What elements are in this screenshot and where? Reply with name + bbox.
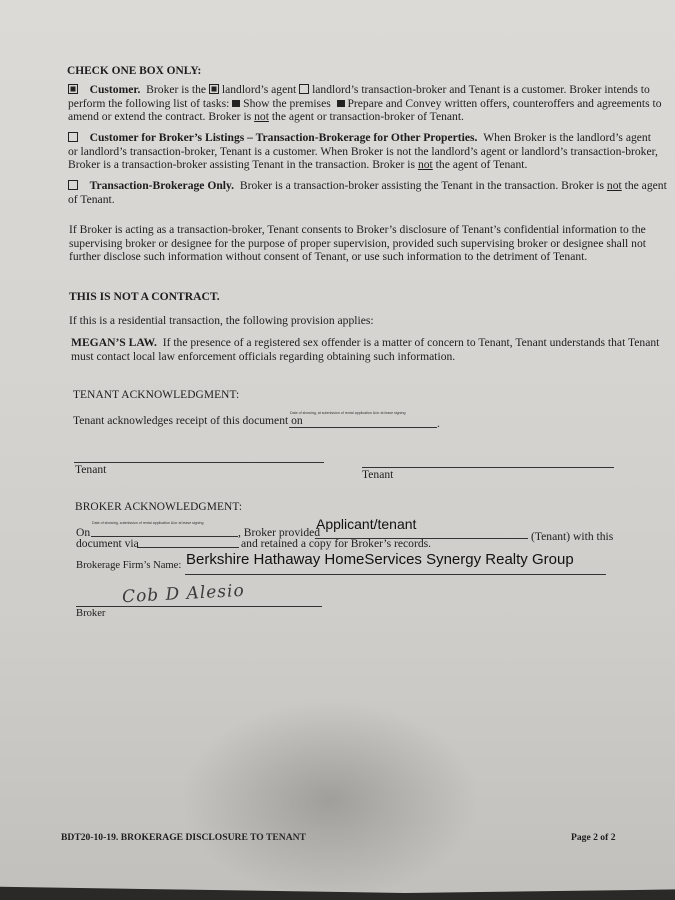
tenant-name-value: Applicant/tenant [316,516,416,532]
option-customer: Customer. Broker is the landlord’s agent… [68,83,658,124]
document-via-field[interactable] [137,547,239,548]
option-customer-listings-title: Customer for Broker’s Listings – Transac… [90,131,478,144]
tenant-signature-label-1: Tenant [75,463,106,477]
megans-law-paragraph: MEGAN’S LAW. If the presence of a regist… [71,336,661,363]
megans-law-title: MEGAN’S LAW. [71,336,157,349]
retained-copy-text: and retained a copy for Broker’s records… [241,537,431,551]
landlords-transaction-broker-checkbox[interactable] [299,84,309,94]
megans-law-line2: must contact local law enforcement offic… [71,350,661,364]
task-show-premises-checkbox[interactable] [232,100,240,107]
confidential-line: supervising broker or designee for the p… [69,237,659,251]
broker-signature: Cob D Alesio [122,581,246,607]
confidential-info-paragraph: If Broker is acting as a transaction-bro… [69,223,659,264]
footer-form-id: BDT20-10-19. BROKERAGE DISCLOSURE TO TEN… [61,832,306,843]
broker-signature-line[interactable] [76,606,322,607]
tenant-signature-line-1[interactable] [74,462,324,463]
task-show-premises-label: Show the premises [243,97,331,110]
residential-provision: If this is a residential transaction, th… [69,314,374,328]
option-transaction-brokerage: Transaction-Brokerage Only. Broker is a … [68,179,658,206]
tenant-signature-line-2[interactable] [362,467,614,468]
confidential-line: further disclose such information withou… [69,250,659,264]
brokerage-firm-value: Berkshire Hathaway HomeServices Synergy … [186,551,574,568]
option-transaction-brokerage-text: Broker is a transaction-broker assisting… [240,179,604,192]
option-transaction-brokerage-line2: of Tenant. [68,193,658,207]
document-via-label: document via [76,537,139,551]
landlords-transaction-broker-label: landlord’s transaction-broker and Tenant… [312,83,650,96]
task-prepare-offers-checkbox[interactable] [337,100,345,107]
tenant-ack-heading: TENANT ACKNOWLEDGMENT: [73,389,239,403]
option-customer-listings-line3-suffix: the agent of Tenant. [436,158,528,171]
option-customer-listings: Customer for Broker’s Listings – Transac… [68,131,658,172]
tasks-prefix: perform the following list of tasks: [68,97,229,110]
tenant-suffix: (Tenant) with this [531,530,613,544]
footer-page-number: Page 2 of 2 [571,832,616,843]
task-prepare-offers-label: Prepare and Convey written offers, count… [347,97,661,110]
document-page: CHECK ONE BOX ONLY: Customer. Broker is … [0,0,675,893]
option-customer-listings-checkbox[interactable] [68,132,78,142]
option-customer-text: Broker is the [146,83,206,96]
option-transaction-brokerage-suffix: the agent [625,179,667,192]
broker-ack-date-hint: Date of showing, submission of rental ap… [92,521,203,525]
option-transaction-brokerage-title: Transaction-Brokerage Only. [90,179,235,192]
emphasis-not: not [607,179,622,192]
megans-law-line1: If the presence of a registered sex offe… [163,336,660,349]
option-customer-title: Customer. [90,83,141,96]
tenant-ack-date-field[interactable] [289,427,437,428]
option-customer-checkbox[interactable] [68,84,78,94]
option-customer-line3: amend or extend the contract. Broker is [68,110,251,123]
option-customer-listings-line3: Broker is a transaction-broker assisting… [68,158,415,171]
landlords-agent-checkbox[interactable] [209,84,219,94]
option-transaction-brokerage-checkbox[interactable] [68,180,78,190]
option-customer-listings-text: When Broker is the landlord’s agent [483,131,651,144]
confidential-line: If Broker is acting as a transaction-bro… [69,223,659,237]
brokerage-firm-field[interactable] [185,574,606,575]
brokerage-firm-label: Brokerage Firm’s Name: [76,559,181,573]
landlords-agent-label: landlord’s agent [222,83,296,96]
tenant-ack-date-hint: Date of showing, at submission of rental… [290,411,405,415]
tenant-signature-label-2: Tenant [362,468,393,482]
broker-ack-heading: BROKER ACKNOWLEDGMENT: [75,501,242,515]
section-heading: CHECK ONE BOX ONLY: [67,65,201,79]
not-contract-heading: THIS IS NOT A CONTRACT. [69,290,220,304]
option-customer-line3-suffix: the agent or transaction-broker of Tenan… [272,110,464,123]
emphasis-not: not [254,110,269,123]
tenant-ack-text: Tenant acknowledges receipt of this docu… [73,414,303,428]
broker-signature-label: Broker [76,607,105,621]
option-customer-listings-line2: or landlord’s transaction-broker, Tenant… [68,145,658,159]
emphasis-not: not [418,158,433,171]
